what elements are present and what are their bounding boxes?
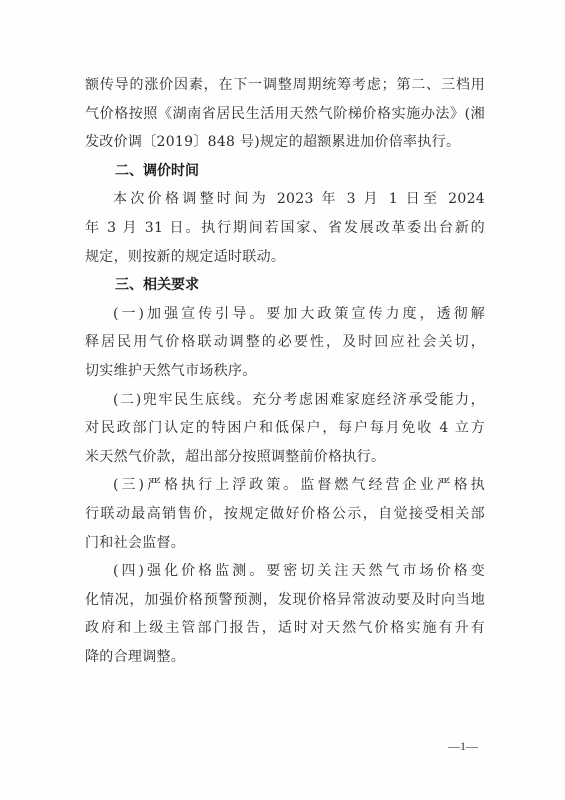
paragraph-line: 降的合理调整。 [85,643,485,672]
paragraph-line: (三)严格执行上浮政策。监督燃气经营企业严格执 [85,471,485,500]
paragraph-line: (一)加强宣传引导。要加大政策宣传力度，透彻解 [85,300,485,329]
paragraph-line: 规定，则按新的规定适时联动。 [85,243,485,272]
paragraph-line: 行联动最高销售价，按规定做好价格公示，自觉接受相关部 [85,500,485,529]
paragraph-line: (二)兜牢民生底线。充分考虑困难家庭经济承受能力， [85,386,485,415]
paragraph-line: 化情况，加强价格预警预测，发现价格异常波动要及时向当地 [85,586,485,615]
paragraph-line: 发改价调〔2019〕848 号)规定的超额累进加价倍率执行。 [85,128,485,157]
paragraph-line: 本次价格调整时间为 2023 年 3 月 1 日至 2024 [85,185,485,214]
document-body: 额传导的涨价因素，在下一调整周期统筹考虑；第二、三档用 气价格按照《湖南省居民生… [85,71,485,671]
paragraph-line: 米天然气价款，超出部分按照调整前价格执行。 [85,443,485,472]
section-heading-requirements: 三、相关要求 [85,271,485,300]
paragraph-line: 年 3 月 31 日。执行期间若国家、省发展改革委出台新的 [85,214,485,243]
paragraph-line: 政府和上级主管部门报告，适时对天然气价格实施有升有 [85,614,485,643]
section-heading-adjustment-time: 二、调价时间 [85,157,485,186]
paragraph-line: 气价格按照《湖南省居民生活用天然气阶梯价格实施办法》(湘 [85,100,485,129]
paragraph-line: (四)强化价格监测。要密切关注天然气市场价格变 [85,557,485,586]
paragraph-line: 门和社会监督。 [85,529,485,558]
paragraph-line: 对民政部门认定的特困户和低保户，每户每月免收 4 立方 [85,414,485,443]
paragraph-line: 切实维护天然气市场秩序。 [85,357,485,386]
paragraph-line: 额传导的涨价因素，在下一调整周期统筹考虑；第二、三档用 [85,71,485,100]
document-page: 额传导的涨价因素，在下一调整周期统筹考虑；第二、三档用 气价格按照《湖南省居民生… [0,0,565,800]
page-number: —1— [448,737,478,755]
paragraph-line: 释居民用气价格联动调整的必要性，及时回应社会关切， [85,328,485,357]
